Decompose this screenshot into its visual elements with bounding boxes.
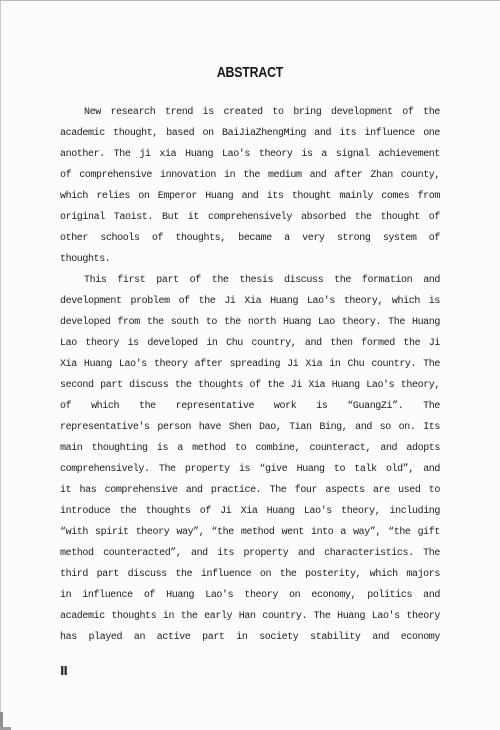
text-line: academic thoughts in the early Han count… xyxy=(60,606,440,627)
scan-edge-top xyxy=(0,0,500,1)
text-line: thoughts. xyxy=(60,249,440,270)
text-line: This first part of the thesis discuss th… xyxy=(60,270,440,291)
text-line: representative's person have Shen Dao, T… xyxy=(60,417,440,438)
text-line: second part discuss the thoughts of the … xyxy=(60,375,440,396)
text-line: original Taoist. But it comprehensively … xyxy=(60,207,440,228)
abstract-body: New research trend is created to bring d… xyxy=(60,102,440,648)
text-line: main thoughting is a method to combine, … xyxy=(60,438,440,459)
scan-edge-left xyxy=(0,0,1,730)
text-line: of comprehensive innovation in the mediu… xyxy=(60,165,440,186)
text-line: Xia Huang Lao's theory after spreading J… xyxy=(60,354,440,375)
text-line: “with spirit theory way”, “the method we… xyxy=(60,522,440,543)
text-line: has played an active part in society sta… xyxy=(60,627,440,648)
text-line: it has comprehensive and practice. The f… xyxy=(60,480,440,501)
text-line: third part discuss the influence on the … xyxy=(60,564,440,585)
text-line: another. The ji xia Huang Lao's theory i… xyxy=(60,144,440,165)
page-number: Ⅱ xyxy=(60,664,68,678)
text-line: which relies on Emperor Huang and its th… xyxy=(60,186,440,207)
page-title: ABSTRACT xyxy=(94,63,406,83)
text-line: introduce the thoughts of Ji Xia Huang L… xyxy=(60,501,440,522)
text-line: other schools of thoughts, became a very… xyxy=(60,228,440,249)
text-line: of which the representative work is “Gua… xyxy=(60,396,440,417)
text-line: Lao theory is developed in Chu country, … xyxy=(60,333,440,354)
text-line: academic thought, based on BaiJiaZhengMi… xyxy=(60,123,440,144)
text-line: developed from the south to the north Hu… xyxy=(60,312,440,333)
text-line: method counteracted”, and its property a… xyxy=(60,543,440,564)
text-line: in influence of Huang Lao's theory on ec… xyxy=(60,585,440,606)
text-line: comprehensively. The property is “give H… xyxy=(60,459,440,480)
text-line: development problem of the Ji Xia Huang … xyxy=(60,291,440,312)
text-line: New research trend is created to bring d… xyxy=(60,102,440,123)
document-page: ABSTRACT New research trend is created t… xyxy=(0,0,500,730)
